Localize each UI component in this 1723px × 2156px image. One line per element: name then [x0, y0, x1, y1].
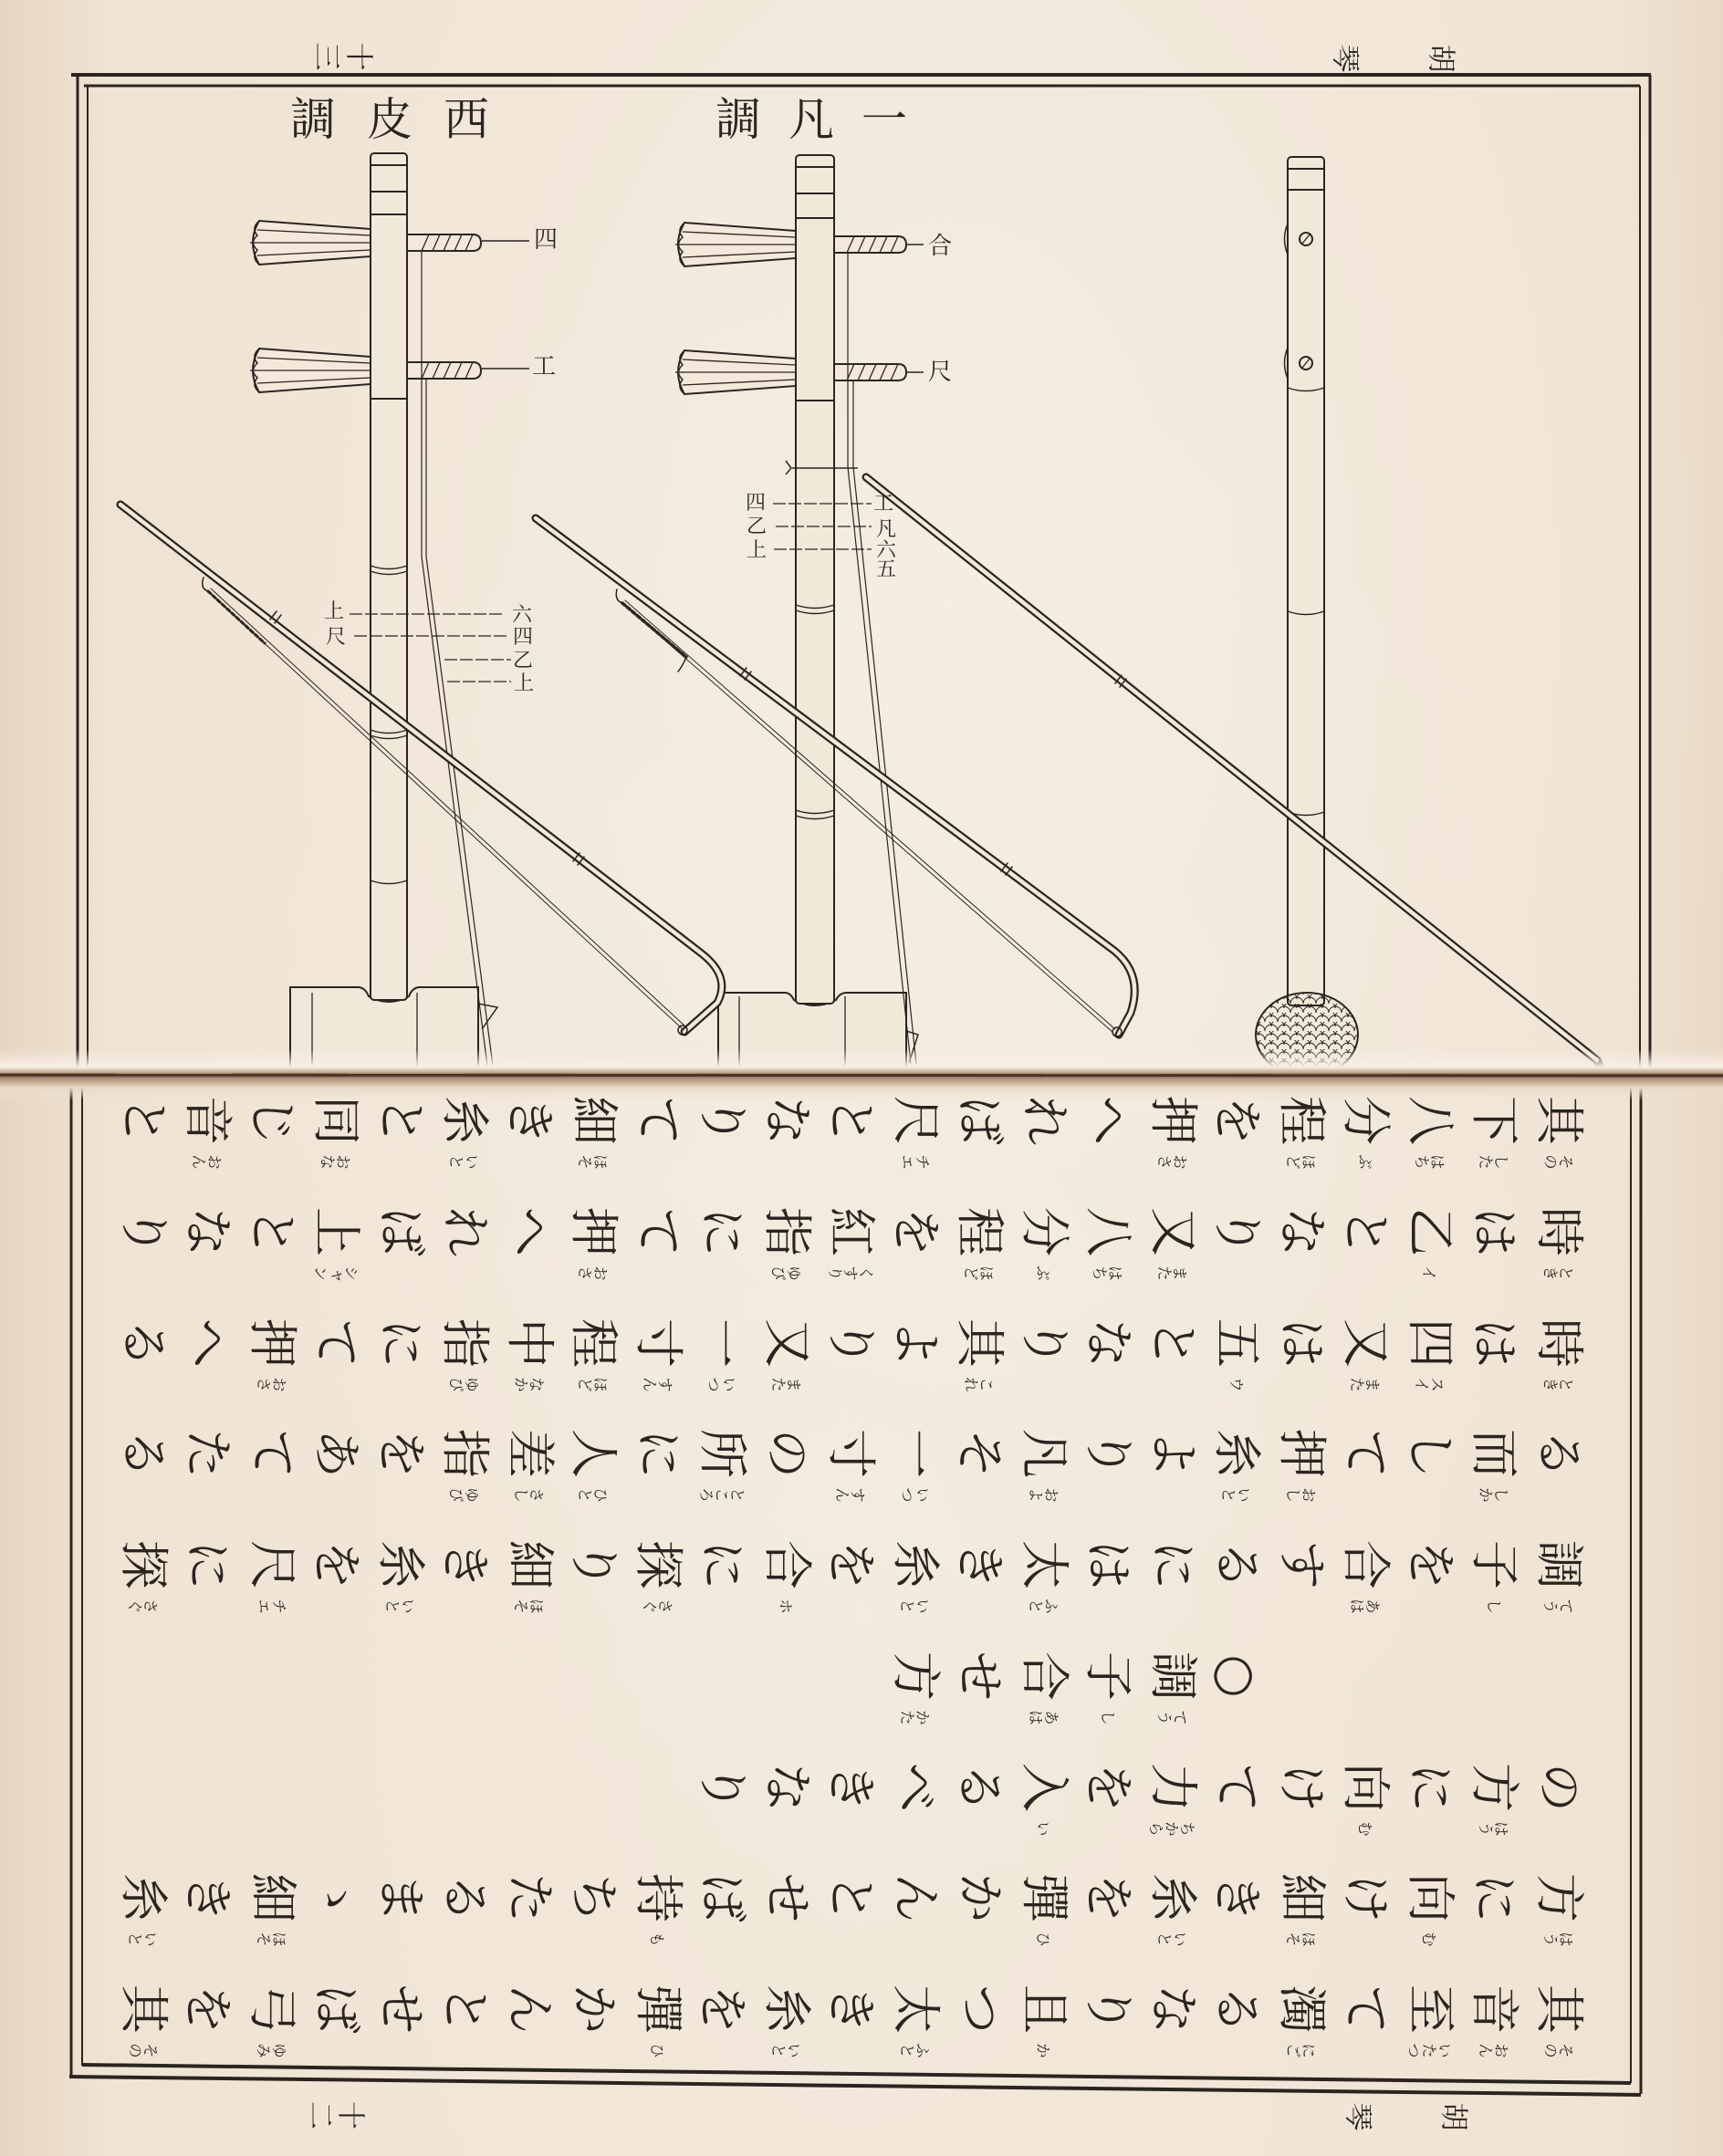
character-cell: に: [1141, 1533, 1205, 1597]
lower-page-number: 十二: [308, 2096, 366, 2128]
base-character: 時: [1527, 1311, 1591, 1375]
character-cell: は: [1269, 1311, 1333, 1375]
base-character: 入: [1012, 1755, 1076, 1819]
character-cell: 上シャン: [305, 1200, 369, 1264]
character-cell: を: [369, 1422, 433, 1485]
character-cell: 指ゆび: [433, 1311, 497, 1375]
furigana: む: [1334, 1817, 1398, 1836]
base-character: り: [1012, 1311, 1076, 1375]
character-cell: き: [820, 1977, 883, 2041]
huqin-xipi-illustration: [250, 153, 529, 1072]
base-character: り: [820, 1311, 883, 1375]
character-cell: は: [1077, 1533, 1141, 1597]
character-cell: き: [433, 1533, 497, 1597]
furigana: にご: [1269, 2039, 1333, 2057]
base-character: は: [1269, 1311, 1333, 1375]
character-cell: 子し: [1463, 1533, 1527, 1597]
furigana: ほそ: [240, 1928, 304, 1946]
glyph: 調: [290, 95, 336, 144]
glyph: 一: [861, 95, 907, 144]
base-character: り: [691, 1088, 755, 1152]
furigana: これ: [948, 1373, 1012, 1391]
character-cell: 細ほそ: [240, 1866, 304, 1930]
base-character: あ: [305, 1422, 369, 1485]
base-character: ば: [369, 1200, 433, 1264]
furigana: あは: [1334, 1595, 1398, 1613]
base-character: 下: [1463, 1088, 1527, 1152]
furigana: およ: [1012, 1484, 1076, 1502]
base-character: 向: [1334, 1755, 1398, 1819]
character-cell: 彈ひ: [1012, 1866, 1076, 1930]
position-label: 四: [513, 628, 533, 648]
character-cell: 合あは: [1334, 1533, 1398, 1597]
base-character: を: [1398, 1533, 1462, 1597]
base-character: 凡: [1012, 1422, 1076, 1485]
character-cell: 糸いと: [1206, 1422, 1269, 1485]
character-cell: き: [497, 1088, 561, 1152]
furigana: かた: [883, 1706, 947, 1724]
character-cell: を: [883, 1200, 947, 1264]
base-character: 合: [1012, 1644, 1076, 1708]
base-character: 其: [1527, 1088, 1591, 1152]
furigana: ふと: [1012, 1595, 1076, 1613]
base-character: 太: [883, 1977, 947, 2041]
glyph: 凡: [788, 95, 834, 144]
character-cell: た: [176, 1422, 240, 1485]
base-character: る: [433, 1866, 497, 1930]
base-character: 調: [1141, 1644, 1205, 1708]
character-cell: を: [1077, 1866, 1141, 1930]
position-label: 工: [873, 495, 893, 515]
bow-plain: [866, 477, 1601, 1068]
base-character: 弓: [240, 1977, 304, 2041]
furigana: ひと: [562, 1484, 626, 1502]
character-cell: 分ぶ: [1012, 1200, 1076, 1264]
base-character: せ: [755, 1866, 819, 1930]
character-cell: 太ふと: [883, 1977, 947, 2041]
character-cell: 濁にご: [1269, 1977, 1333, 2041]
character-cell: と: [820, 1088, 883, 1152]
character-cell: 押おさ: [240, 1311, 304, 1375]
base-character: 至: [1398, 1977, 1462, 2041]
character-cell: る: [111, 1311, 175, 1375]
character-cell: 向む: [1398, 1866, 1462, 1930]
character-cell: き: [948, 1533, 1012, 1597]
character-cell: 而しか: [1463, 1422, 1527, 1485]
base-character: 而: [1463, 1422, 1527, 1485]
base-character: に: [626, 1422, 690, 1485]
base-character: 其: [1527, 1977, 1591, 2041]
character-cell: 乙イ: [1398, 1200, 1462, 1264]
character-cell: 指ゆび: [433, 1422, 497, 1485]
character-cell: り: [1077, 1422, 1141, 1485]
base-character: を: [176, 1977, 240, 2041]
furigana: おな: [305, 1151, 369, 1169]
character-cell: か: [562, 1977, 626, 2041]
character-cell: り: [111, 1200, 175, 1264]
base-character: か: [562, 1977, 626, 2041]
character-cell: 程ほど: [562, 1311, 626, 1375]
character-cell: る: [111, 1422, 175, 1485]
base-character: れ: [433, 1200, 497, 1264]
furigana: ゆび: [755, 1262, 819, 1280]
position-label: 上: [324, 602, 344, 622]
tuning-peg: [675, 350, 906, 394]
furigana: おさ: [1141, 1151, 1205, 1169]
character-cell: り: [1077, 1977, 1141, 2041]
character-cell: 探さぐ: [626, 1533, 690, 1597]
bow-yifan: [536, 518, 1134, 1036]
glyph: 三: [314, 39, 342, 68]
character-cell: 方かた: [883, 1644, 947, 1708]
glyph: 十: [346, 39, 374, 68]
character-cell: 力ちから: [1141, 1755, 1205, 1819]
furigana: はち: [1077, 1262, 1141, 1280]
furigana: い: [1012, 1817, 1076, 1836]
base-character: 子: [1077, 1644, 1141, 1708]
base-character: 彈: [626, 1977, 690, 2041]
character-cell: き: [1206, 1866, 1269, 1930]
character-cell: に: [176, 1533, 240, 1597]
furigana: とき: [1527, 1373, 1591, 1391]
position-label: 四: [746, 494, 766, 514]
base-character: 上: [305, 1200, 369, 1264]
base-character: な: [755, 1088, 819, 1152]
character-cell: き: [820, 1755, 883, 1819]
furigana: なか: [497, 1373, 561, 1391]
character-cell: る: [1206, 1533, 1269, 1597]
character-cell: き: [176, 1866, 240, 1930]
base-character: な: [1077, 1311, 1141, 1375]
character-cell: せ: [755, 1866, 819, 1930]
furigana: また: [1334, 1373, 1398, 1391]
character-cell: か: [948, 1866, 1012, 1930]
base-character: 糸: [755, 1977, 819, 2041]
furigana: とき: [1527, 1262, 1591, 1280]
character-cell: 彈ひ: [626, 1977, 690, 2041]
base-character: し: [1398, 1422, 1462, 1485]
character-cell: の: [755, 1422, 819, 1485]
furigana: し: [1463, 1595, 1527, 1613]
character-cell: り: [1012, 1311, 1076, 1375]
base-character: 其: [111, 1977, 175, 2041]
character-cell: 八はち: [1077, 1200, 1141, 1264]
position-label: 乙: [747, 517, 767, 537]
character-cell: を: [176, 1977, 240, 2041]
furigana: いと: [1141, 1928, 1205, 1946]
furigana: ところ: [691, 1484, 755, 1502]
base-character: 糸: [1141, 1866, 1205, 1930]
base-character: に: [176, 1533, 240, 1597]
base-character: り: [1077, 1422, 1141, 1485]
base-character: 音: [1463, 1977, 1527, 2041]
character-cell: せ: [948, 1644, 1012, 1708]
base-character: 寸: [626, 1311, 690, 1375]
character-cell: た: [497, 1866, 561, 1930]
glyph: 胡: [1441, 2099, 1469, 2128]
base-character: の: [1527, 1755, 1591, 1819]
glyph: 琴: [1332, 41, 1361, 69]
character-cell: 太ふと: [1012, 1533, 1076, 1597]
character-cell: る: [1527, 1422, 1591, 1485]
base-character: な: [1141, 1977, 1205, 2041]
furigana: ホ: [755, 1595, 819, 1613]
base-character: ゝ: [305, 1866, 369, 1930]
furigana: ぶ: [1012, 1262, 1076, 1280]
base-character: ち: [562, 1866, 626, 1930]
base-character: 調: [1527, 1533, 1591, 1597]
base-character: て: [626, 1200, 690, 1264]
furigana: ゆみ: [240, 2039, 304, 2057]
character-cell: 子し: [1077, 1644, 1141, 1708]
base-character: き: [176, 1866, 240, 1930]
furigana: ふと: [883, 2039, 947, 2057]
character-cell: し: [1398, 1422, 1462, 1485]
furigana: いつ: [691, 1373, 755, 1391]
character-cell: る: [1206, 1977, 1269, 2041]
character-cell: て: [1334, 1422, 1398, 1485]
base-character: る: [948, 1755, 1012, 1819]
base-character: 太: [1012, 1533, 1076, 1597]
furigana: か: [1012, 2039, 1076, 2057]
character-cell: 方はう: [1463, 1755, 1527, 1819]
character-cell: 押おし: [1269, 1422, 1333, 1485]
character-cell: 糸いと: [883, 1533, 947, 1597]
character-cell: ○: [1206, 1644, 1269, 1708]
character-cell: ば: [691, 1866, 755, 1930]
base-character: に: [369, 1311, 433, 1375]
position-label: 凡: [876, 520, 896, 540]
peg-label: 尺: [928, 360, 952, 384]
base-character: 指: [433, 1422, 497, 1485]
furigana: はう: [1527, 1928, 1591, 1946]
base-character: 押: [1141, 1088, 1205, 1152]
text-column: 方はうに向むけ細ほそき糸いとを彈ひかんとせば持もちたるまゝ細ほそき糸いと: [91, 1866, 1597, 1930]
base-character: け: [1334, 1866, 1398, 1930]
base-character: 細: [562, 1088, 626, 1152]
furigana: ほど: [1269, 1151, 1333, 1169]
character-cell: け: [1269, 1755, 1333, 1819]
furigana: おさ: [562, 1262, 626, 1280]
base-character: の: [755, 1422, 819, 1485]
furigana: ほそ: [1269, 1928, 1333, 1946]
base-character: 押: [240, 1311, 304, 1375]
furigana: くすり: [820, 1262, 883, 1280]
character-cell: 又また: [1141, 1200, 1205, 1264]
furigana: いと: [433, 1151, 497, 1169]
base-character: 彈: [1012, 1866, 1076, 1930]
character-cell: を: [820, 1533, 883, 1597]
position-label: 五: [876, 560, 896, 580]
base-character: 又: [1141, 1200, 1205, 1264]
character-cell: 細ほそ: [1269, 1866, 1333, 1930]
base-character: に: [691, 1533, 755, 1597]
glyph: 二: [308, 2098, 336, 2126]
character-cell: る: [433, 1866, 497, 1930]
furigana: いたつ: [1398, 2039, 1462, 2057]
furigana: おし: [1269, 1484, 1333, 1502]
neck: [796, 155, 834, 1004]
base-character: 差: [497, 1422, 561, 1485]
base-character: き: [497, 1088, 561, 1152]
furigana: ちから: [1141, 1817, 1205, 1836]
position-label: 上: [747, 541, 767, 561]
furigana: ほど: [562, 1373, 626, 1391]
character-cell: 差さし: [497, 1422, 561, 1485]
furigana: ぶ: [1334, 1151, 1398, 1169]
base-character: を: [1206, 1088, 1269, 1152]
base-character: 向: [1398, 1866, 1462, 1930]
character-cell: ゝ: [305, 1866, 369, 1930]
character-cell: 紅くすり: [820, 1200, 883, 1264]
base-character: そ: [948, 1422, 1012, 1485]
base-character: か: [948, 1866, 1012, 1930]
furigana: また: [1141, 1262, 1205, 1280]
base-character: に: [691, 1200, 755, 1264]
base-character: 方: [1463, 1755, 1527, 1819]
character-cell: り: [691, 1088, 755, 1152]
base-character: き: [820, 1755, 883, 1819]
base-character: 濁: [1269, 1977, 1333, 2041]
base-character: 一: [883, 1422, 947, 1485]
base-character: に: [1141, 1533, 1205, 1597]
base-character: た: [497, 1866, 561, 1930]
furigana: はう: [1463, 1817, 1527, 1836]
base-character: 探: [111, 1533, 175, 1597]
base-character: れ: [1012, 1088, 1076, 1152]
character-cell: 寸すん: [820, 1422, 883, 1485]
character-cell: 細ほそ: [497, 1533, 561, 1597]
character-cell: へ: [176, 1311, 240, 1375]
furigana: いと: [369, 1595, 433, 1613]
character-cell: 程ほど: [1269, 1088, 1333, 1152]
furigana: てう: [1527, 1595, 1591, 1613]
furigana: その: [1527, 1151, 1591, 1169]
character-cell: 其その: [1527, 1977, 1591, 2041]
character-cell: 弓ゆみ: [240, 1977, 304, 2041]
huqin-yifan-illustration: [675, 155, 924, 1075]
base-character: と: [111, 1088, 175, 1152]
character-cell: を: [1077, 1755, 1141, 1819]
base-character: 糸: [111, 1866, 175, 1930]
figure-title-xipi: 西皮調: [290, 95, 489, 144]
base-character: り: [1206, 1200, 1269, 1264]
character-cell: 中なか: [497, 1311, 561, 1375]
character-cell: を: [305, 1533, 369, 1597]
base-character: て: [305, 1311, 369, 1375]
base-character: を: [1077, 1755, 1141, 1819]
base-character: を: [1077, 1866, 1141, 1930]
character-cell: 時とき: [1527, 1200, 1591, 1264]
furigana: いと: [755, 2039, 819, 2057]
base-character: 合: [755, 1533, 819, 1597]
character-cell: 其これ: [948, 1311, 1012, 1375]
furigana: し: [1077, 1706, 1141, 1724]
character-cell: を: [1206, 1088, 1269, 1152]
base-character: 押: [562, 1200, 626, 1264]
base-character: 糸: [883, 1533, 947, 1597]
base-character: た: [176, 1422, 240, 1485]
character-cell: 音おん: [176, 1088, 240, 1152]
base-character: 押: [1269, 1422, 1333, 1485]
base-character: を: [691, 1977, 755, 2041]
base-character: を: [883, 1200, 947, 1264]
character-cell: な: [755, 1088, 819, 1152]
character-cell: り: [562, 1533, 626, 1597]
base-character: 糸: [369, 1533, 433, 1597]
base-character: 程: [948, 1200, 1012, 1264]
base-character: は: [1077, 1533, 1141, 1597]
character-cell: 合あは: [1012, 1644, 1076, 1708]
base-character: り: [111, 1200, 175, 1264]
tuning-peg: [250, 349, 481, 392]
base-character: へ: [1077, 1088, 1141, 1152]
base-character: 且: [1012, 1977, 1076, 2041]
character-cell: 向む: [1334, 1755, 1398, 1819]
character-cell: て: [305, 1311, 369, 1375]
base-character: ま: [369, 1866, 433, 1930]
character-cell: 持も: [626, 1866, 690, 1930]
furigana: ウ: [1206, 1373, 1269, 1391]
character-cell: 尺チエ: [883, 1088, 947, 1152]
lower-running-head: 胡琴: [1345, 2097, 1469, 2130]
furigana: チエ: [240, 1595, 304, 1613]
text-column: 其その音おん至いたつて濁にごるなり且かつ太ふとき糸いとを彈ひかんとせば弓ゆみを其…: [91, 1977, 1597, 2041]
peg-label: 工: [532, 355, 556, 379]
furigana: さぐ: [111, 1595, 175, 1613]
furigana: また: [755, 1373, 819, 1391]
base-character: 子: [1463, 1533, 1527, 1597]
glyph: 調: [715, 95, 761, 144]
neck: [1288, 157, 1324, 1005]
base-character: る: [1527, 1422, 1591, 1485]
character-cell: ん: [497, 1977, 561, 2041]
character-cell: 人ひと: [562, 1422, 626, 1485]
character-cell: 方はう: [1527, 1866, 1591, 1930]
character-cell: べ: [883, 1755, 947, 1819]
base-character: 指: [755, 1200, 819, 1264]
character-cell: ん: [883, 1866, 947, 1930]
section-heading-column: ○調てう子し合あはせ方かた: [91, 1644, 1597, 1708]
character-cell: に: [691, 1200, 755, 1264]
position-label: 上: [514, 674, 534, 694]
base-character: き: [948, 1533, 1012, 1597]
base-character: 細: [497, 1533, 561, 1597]
base-character: 音: [176, 1088, 240, 1152]
position-label: 尺: [326, 628, 346, 648]
furigana: その: [111, 2039, 175, 2057]
furigana: ほそ: [562, 1151, 626, 1169]
character-cell: つ: [948, 1977, 1012, 2041]
character-cell: 調てう: [1527, 1533, 1591, 1597]
character-cell: 糸いと: [433, 1088, 497, 1152]
base-character: 寸: [820, 1422, 883, 1485]
character-cell: て: [1206, 1755, 1269, 1819]
base-character: て: [1334, 1977, 1398, 2041]
base-character: ば: [691, 1866, 755, 1930]
base-character: て: [1334, 1422, 1398, 1485]
character-cell: 押おさ: [562, 1200, 626, 1264]
character-cell: な: [1269, 1200, 1333, 1264]
bow-xipi: [120, 505, 722, 1035]
character-cell: へ: [1077, 1088, 1141, 1152]
character-cell: 時とき: [1527, 1311, 1591, 1375]
character-cell: 五ウ: [1206, 1311, 1269, 1375]
furigana: ゆび: [433, 1373, 497, 1391]
character-cell: に: [1463, 1866, 1527, 1930]
base-character: ん: [883, 1866, 947, 1930]
base-character: る: [1206, 1533, 1269, 1597]
